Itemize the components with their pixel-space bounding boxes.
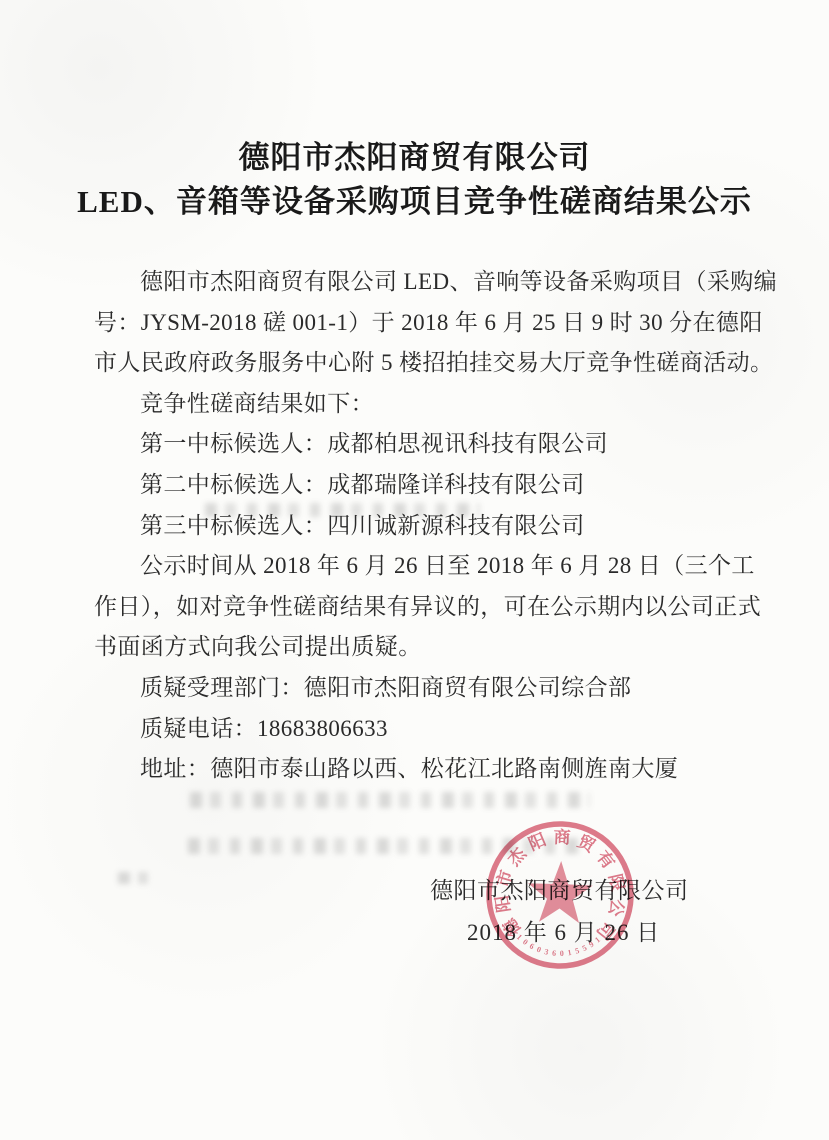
- body-line-4: 竞争性磋商结果如下：: [94, 384, 742, 425]
- title-line-1: 德阳市杰阳商贸有限公司: [0, 136, 829, 180]
- title-line-2: LED、音箱等设备采购项目竞争性磋商结果公示: [0, 180, 829, 224]
- svg-text:0: 0: [560, 949, 564, 958]
- body-line-11: 质疑受理部门：德阳市杰阳商贸有限公司综合部: [94, 668, 742, 709]
- body-line-6: 第二中标候选人：成都瑞隆详科技有限公司: [94, 465, 742, 506]
- body-line-8: 公示时间从 2018 年 6 月 26 日至 2018 年 6 月 28 日（三…: [94, 546, 742, 587]
- document-body: 德阳市杰阳商贸有限公司 LED、音响等设备采购项目（采购编 号：JYSM-201…: [94, 262, 742, 790]
- document-title: 德阳市杰阳商贸有限公司 LED、音箱等设备采购项目竞争性磋商结果公示: [0, 136, 829, 224]
- svg-text:限: 限: [605, 872, 627, 893]
- bleed-through-smudge: [190, 792, 590, 808]
- svg-text:9: 9: [587, 940, 595, 950]
- body-line-7: 第三中标候选人：四川诚新源科技有限公司: [94, 506, 742, 547]
- svg-text:6: 6: [528, 941, 536, 951]
- svg-text:6: 6: [552, 949, 557, 958]
- body-line-1: 德阳市杰阳商贸有限公司 LED、音响等设备采购项目（采购编: [94, 262, 742, 303]
- seal-star-icon: [527, 860, 594, 924]
- body-line-12: 质疑电话：18683806633: [94, 709, 742, 750]
- svg-text:1: 1: [567, 948, 572, 958]
- svg-text:阳: 阳: [492, 894, 513, 914]
- body-line-2: 号：JYSM-2018 磋 001-1）于 2018 年 6 月 25 日 9 …: [94, 303, 742, 344]
- scanned-notice-page: 德阳市杰阳商贸有限公司 LED、音箱等设备采购项目竞争性磋商结果公示 德阳市杰阳…: [0, 0, 829, 1140]
- company-seal: 德阳市杰阳商贸有限公司 106036015591: [475, 810, 645, 980]
- body-line-3: 市人民政府政务服务中心附 5 楼招拍挂交易大厅竞争性磋商活动。: [94, 343, 742, 384]
- body-line-9: 作日），如对竞争性磋商结果有异议的，可在公示期内以公司正式: [94, 587, 742, 628]
- body-line-10: 书面函方式向我公司提出质疑。: [94, 627, 742, 668]
- svg-text:公: 公: [605, 897, 627, 918]
- body-line-5: 第一中标候选人：成都柏思视讯科技有限公司: [94, 424, 742, 465]
- svg-text:0: 0: [521, 937, 530, 947]
- svg-text:商: 商: [553, 827, 571, 848]
- body-line-13: 地址：德阳市泰山路以西、松花江北路南侧旌南大厦: [94, 749, 742, 790]
- bleed-through-smudge: [118, 872, 148, 884]
- svg-text:5: 5: [574, 946, 580, 956]
- svg-text:3: 3: [543, 947, 549, 957]
- svg-text:5: 5: [581, 943, 588, 953]
- svg-text:0: 0: [535, 945, 542, 955]
